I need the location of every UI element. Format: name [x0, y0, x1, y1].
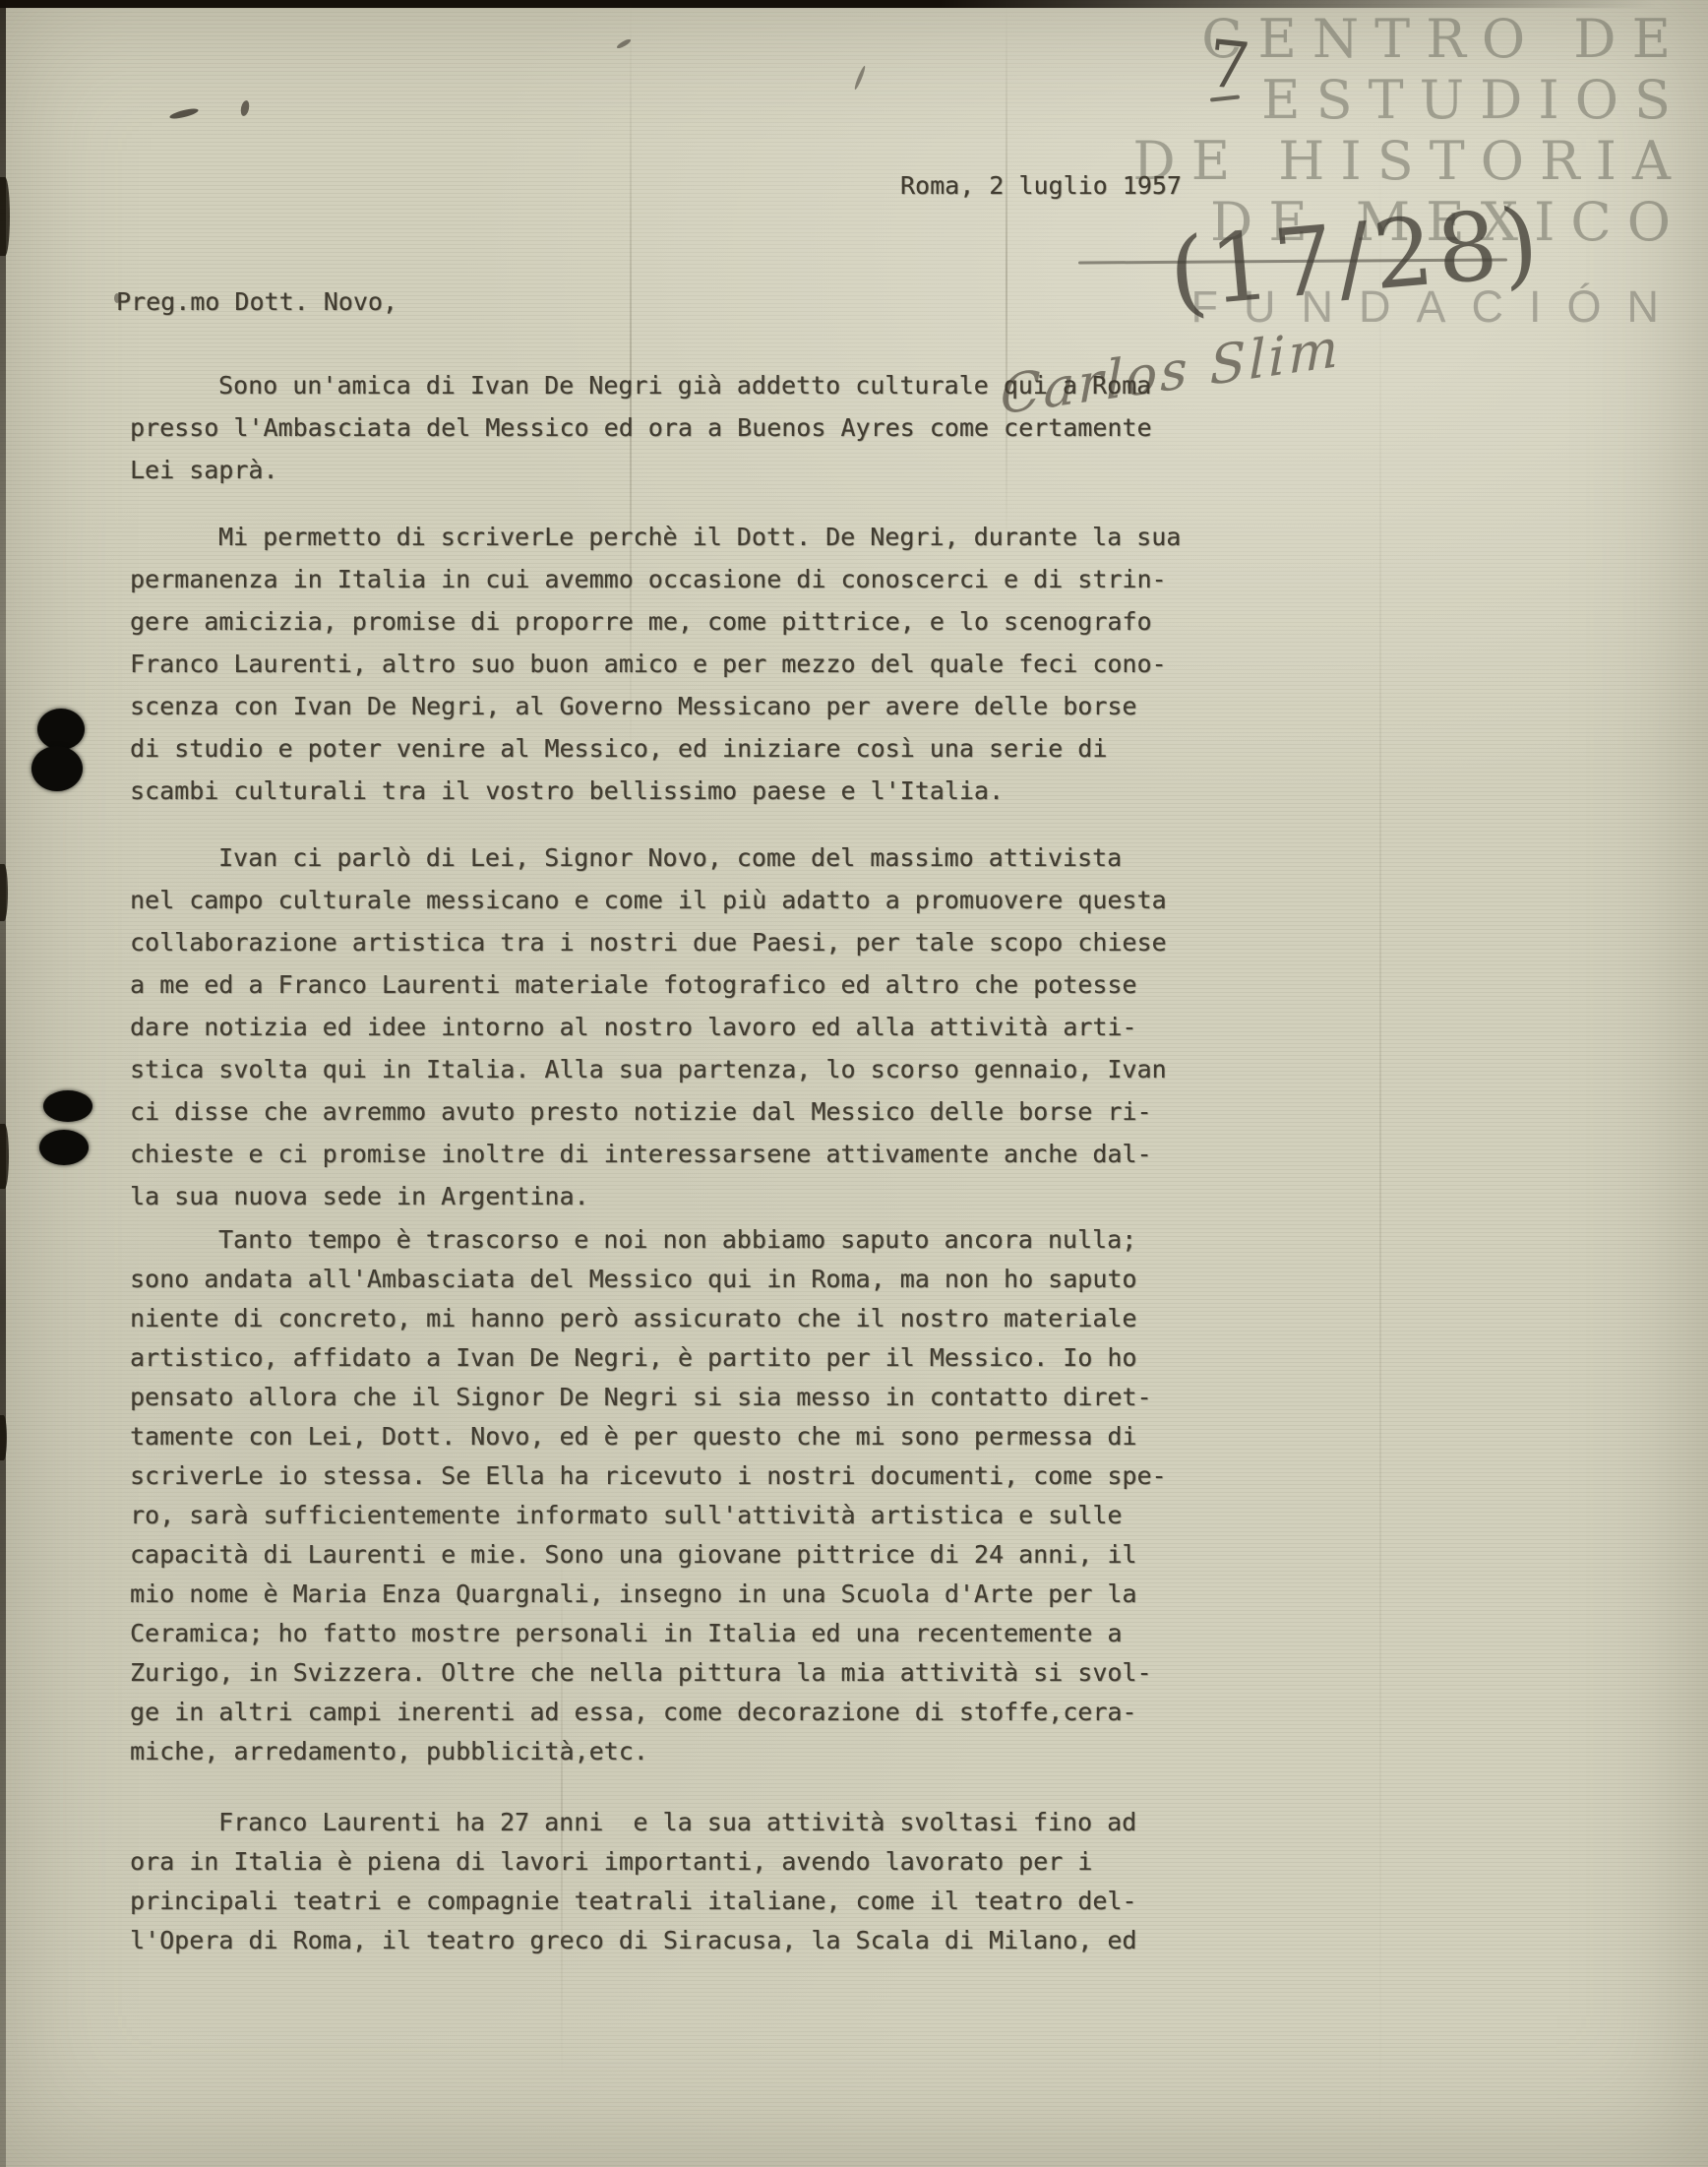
letter-line: Lei saprà.	[130, 449, 1152, 491]
letter-line: collaborazione artistica tra i nostri du…	[130, 921, 1167, 963]
letter-dateline: Roma, 2 luglio 1957	[900, 171, 1182, 200]
letter-line: mio nome è Maria Enza Quargnali, insegno…	[130, 1575, 1167, 1614]
letter-line: la sua nuova sede in Argentina.	[130, 1175, 1167, 1217]
letter-line: niente di concreto, mi hanno però assicu…	[130, 1299, 1167, 1338]
ink-smudge	[853, 65, 866, 91]
letter-line: miche, arredamento, pubblicità,etc.	[130, 1732, 1167, 1771]
letter-line: dare notizia ed idee intorno al nostro l…	[130, 1006, 1167, 1048]
watermark-line: CENTRO DE	[1201, 8, 1686, 70]
letter-line: scriverLe io stessa. Se Ella ha ricevuto…	[130, 1456, 1167, 1496]
letter-line: pensato allora che il Signor De Negri si…	[130, 1378, 1167, 1417]
letter-line: ci disse che avremmo avuto presto notizi…	[130, 1090, 1167, 1133]
letter-line: Mi permetto di scriverLe perchè il Dott.…	[130, 516, 1181, 558]
letter-line: Ceramica; ho fatto mostre personali in I…	[130, 1614, 1167, 1653]
letter-line: Franco Laurenti ha 27 anni e la sua atti…	[130, 1803, 1137, 1842]
paragraph-3: Ivan ci parlò di Lei, Signor Novo, come …	[130, 836, 1167, 1217]
letter-line: stica svolta qui in Italia. Alla sua par…	[130, 1048, 1167, 1090]
scan-edge-blob	[0, 177, 10, 256]
paper-crease	[1379, 118, 1381, 2165]
letter-line: ro, sarà sufficientemente informato sull…	[130, 1496, 1167, 1535]
letter-line: Ivan ci parlò di Lei, Signor Novo, come …	[130, 836, 1167, 879]
paragraph-5: Franco Laurenti ha 27 anni e la sua atti…	[130, 1803, 1137, 1960]
letter-line: a me ed a Franco Laurenti materiale foto…	[130, 963, 1167, 1006]
punch-hole-dot	[31, 746, 83, 791]
letter-line: Sono un'amica di Ivan De Negri già addet…	[130, 364, 1152, 406]
letter-line: capacità di Laurenti e mie. Sono una gio…	[130, 1535, 1167, 1575]
letter-line: nel campo culturale messicano e come il …	[130, 879, 1167, 921]
letter-line: tamente con Lei, Dott. Novo, ed è per qu…	[130, 1417, 1167, 1456]
letter-line: scambi culturali tra il vostro bellissim…	[130, 770, 1181, 812]
punch-hole-dot	[43, 1090, 92, 1122]
punch-hole-dot	[37, 709, 85, 750]
scan-edge-top	[0, 0, 1708, 8]
paragraph-4: Tanto tempo è trascorso e noi non abbiam…	[130, 1220, 1167, 1771]
letter-line: l'Opera di Roma, il teatro greco di Sira…	[130, 1921, 1137, 1960]
letter-line: chieste e ci promise inoltre di interess…	[130, 1133, 1167, 1175]
punch-hole-dot	[39, 1130, 89, 1165]
letter-line: permanenza in Italia in cui avemmo occas…	[130, 558, 1181, 600]
letter-line: di studio e poter venire al Messico, ed …	[130, 727, 1181, 770]
letter-line: Tanto tempo è trascorso e noi non abbiam…	[130, 1220, 1167, 1260]
letter-line: artistico, affidato a Ivan De Negri, è p…	[130, 1338, 1167, 1378]
scanned-letter-page: CENTRO DE ESTUDIOS DE HISTORIA DE MEXICO…	[0, 0, 1708, 2167]
letter-line: ora in Italia è piena di lavori importan…	[130, 1842, 1137, 1882]
letter-line: Zurigo, in Svizzera. Oltre che nella pit…	[130, 1653, 1167, 1693]
watermark-line: DE HISTORIA	[1132, 130, 1686, 192]
letter-salutation: Preg.mo Dott. Novo,	[116, 287, 397, 316]
letter-line: scenza con Ivan De Negri, al Governo Mes…	[130, 685, 1181, 727]
scan-edge-blob	[0, 1415, 7, 1460]
ink-smudge	[169, 106, 200, 120]
handwritten-page-number: 7	[1204, 26, 1253, 105]
paragraph-1: Sono un'amica di Ivan De Negri già addet…	[130, 364, 1152, 491]
letter-line: sono andata all'Ambasciata del Messico q…	[130, 1260, 1167, 1299]
letter-line: ge in altri campi inerenti ad essa, come…	[130, 1693, 1167, 1732]
scan-edge-blob	[0, 864, 8, 921]
paragraph-2: Mi permetto di scriverLe perchè il Dott.…	[130, 516, 1181, 812]
letter-line: presso l'Ambasciata del Messico ed ora a…	[130, 406, 1152, 449]
watermark-line: ESTUDIOS	[1261, 69, 1686, 131]
ink-smudge	[239, 99, 250, 116]
letter-line: Franco Laurenti, altro suo buon amico e …	[130, 643, 1181, 685]
letter-line: gere amicizia, promise di proporre me, c…	[130, 600, 1181, 643]
letter-line: principali teatri e compagnie teatrali i…	[130, 1882, 1137, 1921]
scan-edge-left	[0, 0, 6, 2167]
scan-edge-blob	[0, 1124, 9, 1189]
